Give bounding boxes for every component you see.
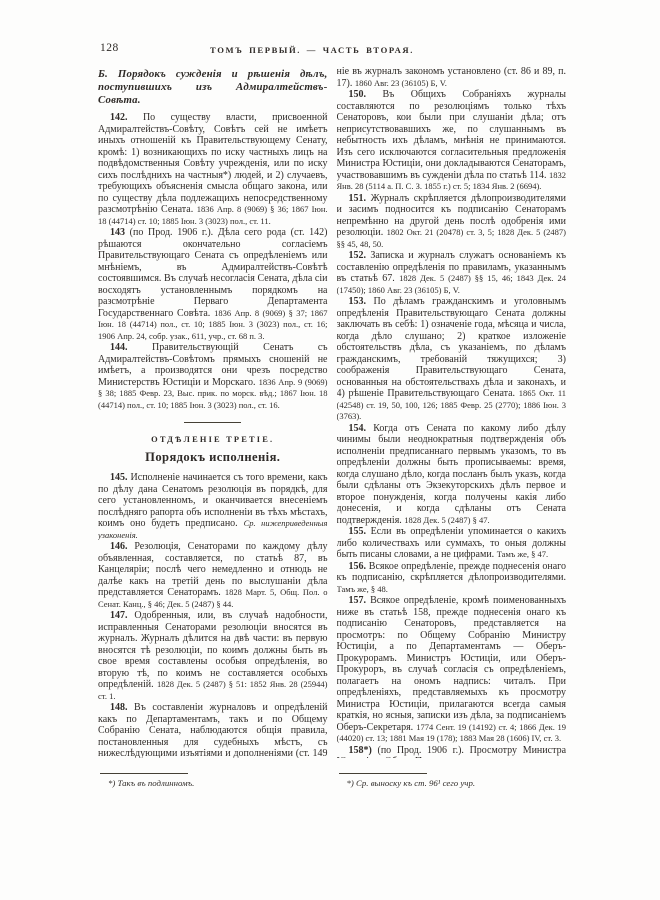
- article-144: 144. Правительствующій Сенатъ съ Адмирал…: [98, 342, 328, 411]
- article-142-text: По существу власти, присвоенной Адмиралт…: [98, 112, 328, 215]
- article-150: 150. Въ Общихъ Собраніяхъ журналы состав…: [337, 89, 567, 193]
- article-148-number: 148.: [110, 702, 128, 713]
- article-158: 158*) (по Прод. 1906 г.). Просмотру Мини…: [337, 745, 567, 759]
- article-153-number: 153.: [349, 296, 367, 307]
- footnote-right: *) Ср. выноску къ ст. 96¹ сего учр.: [337, 773, 567, 789]
- page-header: 128 ТОМЪ ПЕРВЫЙ. — ЧАСТЬ ВТОРАЯ.: [98, 42, 566, 58]
- article-142: 142. По существу власти, присвоенной Адм…: [98, 112, 328, 227]
- article-147-number: 147.: [110, 610, 128, 621]
- article-151: 151. Журналъ скрѣпляется дѣлопроизводите…: [337, 193, 567, 251]
- footnote-left-text: *) Такъ въ подлинномъ.: [98, 778, 328, 789]
- footnote-rule-left: [100, 773, 188, 774]
- article-154-citation: 1828 Дек. 5 (2487) § 47.: [404, 515, 489, 525]
- article-143-number: 143: [110, 227, 125, 238]
- article-156: 156. Всякое опредѣленіе, прежде поднесен…: [337, 561, 567, 596]
- article-154: 154. Когда отъ Сената по какому либо дѣл…: [337, 423, 567, 527]
- article-156-number: 156.: [349, 561, 367, 572]
- article-149-continuation: ніе въ журналъ закономъ установлено (ст.…: [337, 66, 567, 89]
- column-left: Б. Порядокъ сужденія и рѣшенія дѣлъ, пос…: [98, 66, 328, 795]
- article-156-text: Всякое опредѣленіе, прежде поднесенія он…: [337, 561, 567, 584]
- article-157: 157. Всякое опредѣленіе, кромѣ поименова…: [337, 595, 567, 745]
- subsection-title: Порядокъ исполненія.: [98, 450, 328, 465]
- article-150-text: Въ Общихъ Собраніяхъ журналы составляютс…: [337, 89, 567, 181]
- article-150-number: 150.: [349, 89, 367, 100]
- article-154-number: 154.: [349, 423, 367, 434]
- article-155-number: 155.: [349, 526, 367, 537]
- article-147-text: Одобренныя, или, въ случаѣ надобности, и…: [98, 610, 328, 690]
- footnote-rule-right: [339, 773, 427, 774]
- footnote-left: *) Такъ въ подлинномъ.: [98, 773, 328, 789]
- article-152: 152. Записка и журналъ служатъ основаніе…: [337, 250, 567, 296]
- article-142-number: 142.: [110, 112, 128, 123]
- column-left-text: Б. Порядокъ сужденія и рѣшенія дѣлъ, пос…: [98, 66, 328, 758]
- column-right: ніе въ журналъ закономъ установлено (ст.…: [337, 66, 567, 795]
- article-155-citation: Тамъ же, § 47.: [497, 549, 548, 559]
- article-157-number: 157.: [349, 595, 367, 606]
- article-147: 147. Одобренныя, или, въ случаѣ надобнос…: [98, 610, 328, 702]
- subsection-kicker: ОТДѢЛЕНІЕ ТРЕТІЕ.: [98, 435, 328, 444]
- article-148-text: Въ составленіи журналовъ и опредѣленій к…: [98, 702, 328, 758]
- article-158-number: 158*): [349, 745, 372, 756]
- article-153-text: По дѣламъ гражданскимъ и уголовнымъ опре…: [337, 296, 567, 399]
- article-145: 145. Исполненіе начинается съ того време…: [98, 472, 328, 541]
- article-154-text: Когда отъ Сената по какому либо дѣлу чин…: [337, 423, 567, 526]
- section-divider-rule: [184, 422, 241, 423]
- article-146: 146. Резолюція, Сенаторами по каждому дѣ…: [98, 541, 328, 610]
- article-153: 153. По дѣламъ гражданскимъ и уголовнымъ…: [337, 296, 567, 423]
- footnote-right-text: *) Ср. выноску къ ст. 96¹ сего учр.: [337, 778, 567, 789]
- article-149-continuation-citation: 1860 Авг. 23 (36105) Б, V.: [355, 78, 447, 88]
- page-content: Б. Порядокъ сужденія и рѣшенія дѣлъ, пос…: [98, 66, 566, 795]
- article-144-number: 144.: [110, 342, 128, 353]
- article-146-number: 146.: [110, 541, 128, 552]
- article-145-number: 145.: [110, 472, 128, 483]
- article-155: 155. Если въ опредѣленіи упоминается о к…: [337, 526, 567, 561]
- column-right-text: ніе въ журналъ закономъ установлено (ст.…: [337, 66, 567, 758]
- article-143: 143 (по Прод. 1906 г.). Дѣла сего рода (…: [98, 227, 328, 342]
- article-157-text: Всякое опредѣленіе, кромѣ поименованныхъ…: [337, 595, 567, 733]
- article-151-number: 151.: [349, 193, 367, 204]
- article-156-citation: Тамъ же, § 48.: [337, 584, 388, 594]
- article-143-text: (по Прод. 1906 г.). Дѣла сего рода (ст. …: [98, 227, 328, 319]
- article-148: 148. Въ составленіи журналовъ и опредѣле…: [98, 702, 328, 758]
- article-152-number: 152.: [349, 250, 367, 261]
- book-page: 128 ТОМЪ ПЕРВЫЙ. — ЧАСТЬ ВТОРАЯ. Б. Поря…: [0, 0, 660, 900]
- section-heading-b: Б. Порядокъ сужденія и рѣшенія дѣлъ, пос…: [98, 68, 328, 107]
- running-title: ТОМЪ ПЕРВЫЙ. — ЧАСТЬ ВТОРАЯ.: [98, 45, 526, 55]
